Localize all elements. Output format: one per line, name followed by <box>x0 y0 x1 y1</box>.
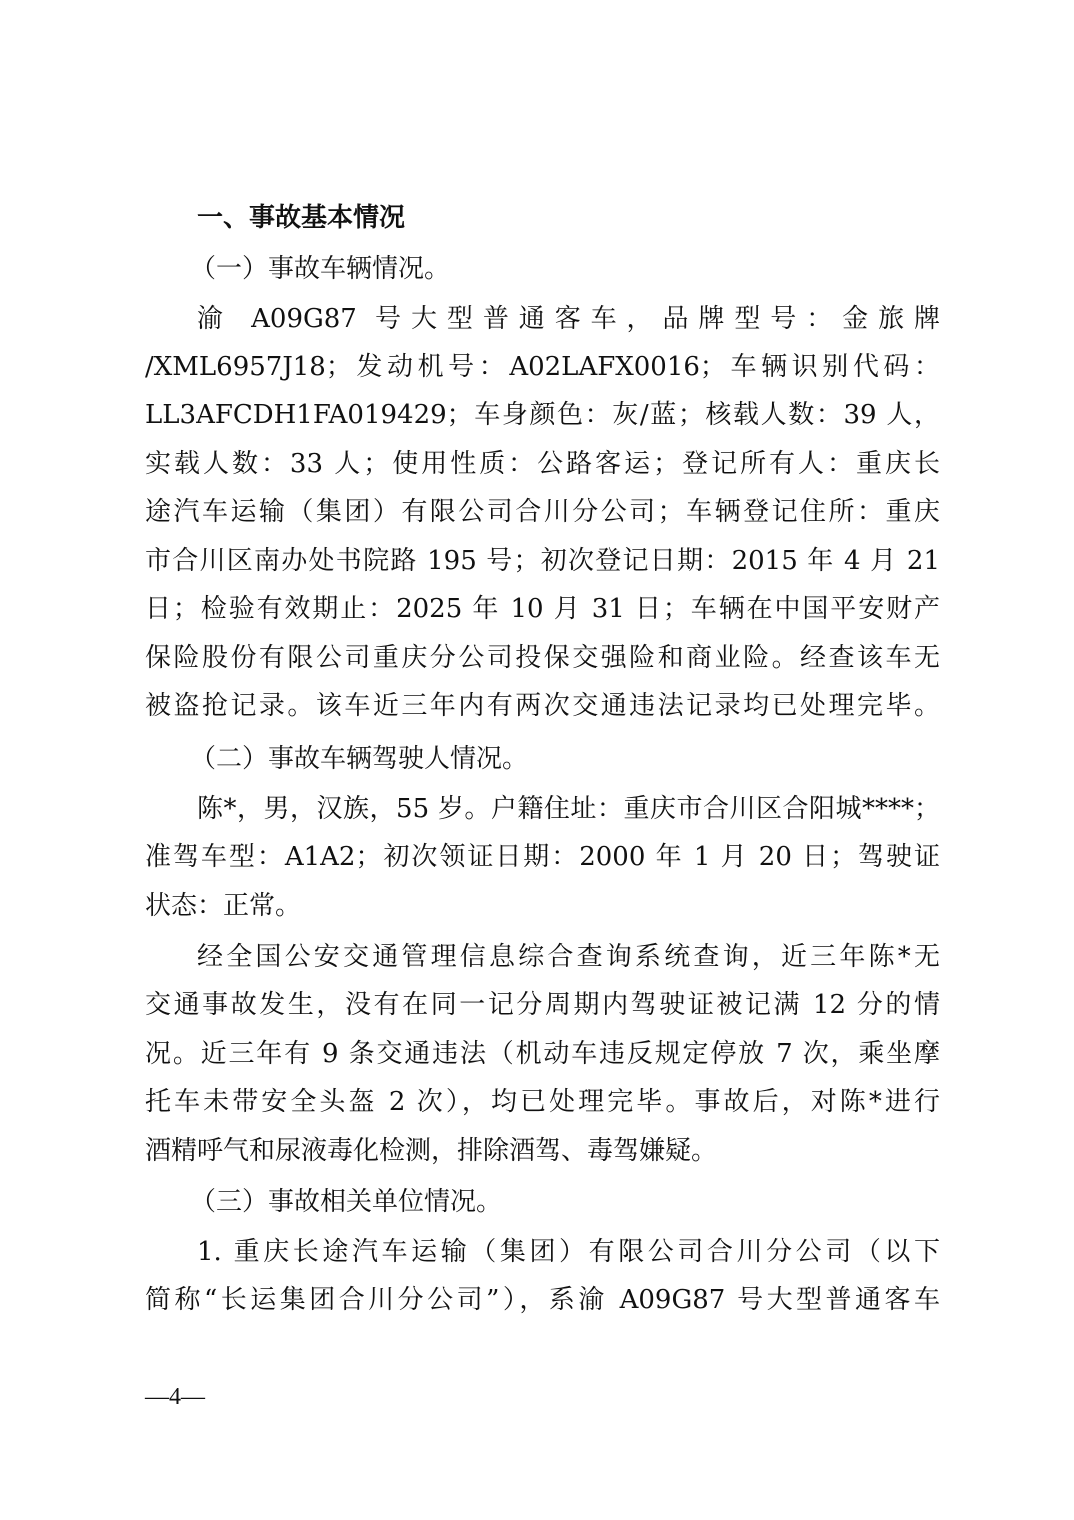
paragraph-line: /XML6957J18；发动机号：A02LAFX0016；车辆识别代码： <box>145 347 940 387</box>
paragraph-line: 酒精呼气和尿液毒化检测，排除酒驾、毒驾嫌疑。 <box>145 1131 940 1171</box>
page-number: —4— <box>145 1382 205 1412</box>
paragraph-line: 经全国公安交通管理信息综合查询系统查询，近三年陈*无 <box>197 937 940 977</box>
paragraph-line: 陈*，男，汉族，55 岁。户籍住址：重庆市合川区合阳城****； <box>197 789 940 829</box>
paragraph-line: 况。近三年有 9 条交通违法（机动车违反规定停放 7 次，乘坐摩 <box>145 1034 940 1074</box>
paragraph-line: 实载人数：33 人；使用性质：公路客运；登记所有人：重庆长 <box>145 444 940 484</box>
paragraph-line: 被盗抢记录。该车近三年内有两次交通违法记录均已处理完毕。 <box>145 686 940 726</box>
subsection-title-driver: （二）事故车辆驾驶人情况。 <box>190 739 985 779</box>
document-page: 一、事故基本情况 （一）事故车辆情况。 渝 A09G87 号大型普通客车，品牌型… <box>0 0 1074 1520</box>
section-heading: 一、事故基本情况 <box>197 198 992 238</box>
subsection-title-vehicle: （一）事故车辆情况。 <box>190 249 985 289</box>
paragraph-line: 市合川区南办处书院路 195 号；初次登记日期：2015 年 4 月 21 <box>145 541 940 581</box>
paragraph-line: 保险股份有限公司重庆分公司投保交强险和商业险。经查该车无 <box>145 638 940 678</box>
paragraph-line: 交通事故发生，没有在同一记分周期内驾驶证被记满 12 分的情 <box>145 985 940 1025</box>
paragraph-line: 准驾车型：A1A2；初次领证日期：2000 年 1 月 20 日；驾驶证 <box>145 837 940 877</box>
paragraph-line: 渝 A09G87 号大型普通客车，品牌型号：金旅牌 <box>197 299 940 339</box>
paragraph-line: 日；检验有效期止：2025 年 10 月 31 日；车辆在中国平安财产 <box>145 589 940 629</box>
paragraph-line: 托车未带安全头盔 2 次），均已处理完毕。事故后，对陈*进行 <box>145 1082 940 1122</box>
subsection-title-units: （三）事故相关单位情况。 <box>190 1182 985 1222</box>
paragraph-line: 状态：正常。 <box>145 886 940 926</box>
paragraph-line: 1. 重庆长途汽车运输（集团）有限公司合川分公司（以下 <box>197 1232 940 1272</box>
paragraph-line: 途汽车运输（集团）有限公司合川分公司；车辆登记住所：重庆 <box>145 492 940 532</box>
paragraph-line: LL3AFCDH1FA019429；车身颜色：灰/蓝；核载人数：39 人， <box>145 395 940 435</box>
paragraph-line: 简称“长运集团合川分公司”），系渝 A09G87 号大型普通客车 <box>145 1280 940 1320</box>
